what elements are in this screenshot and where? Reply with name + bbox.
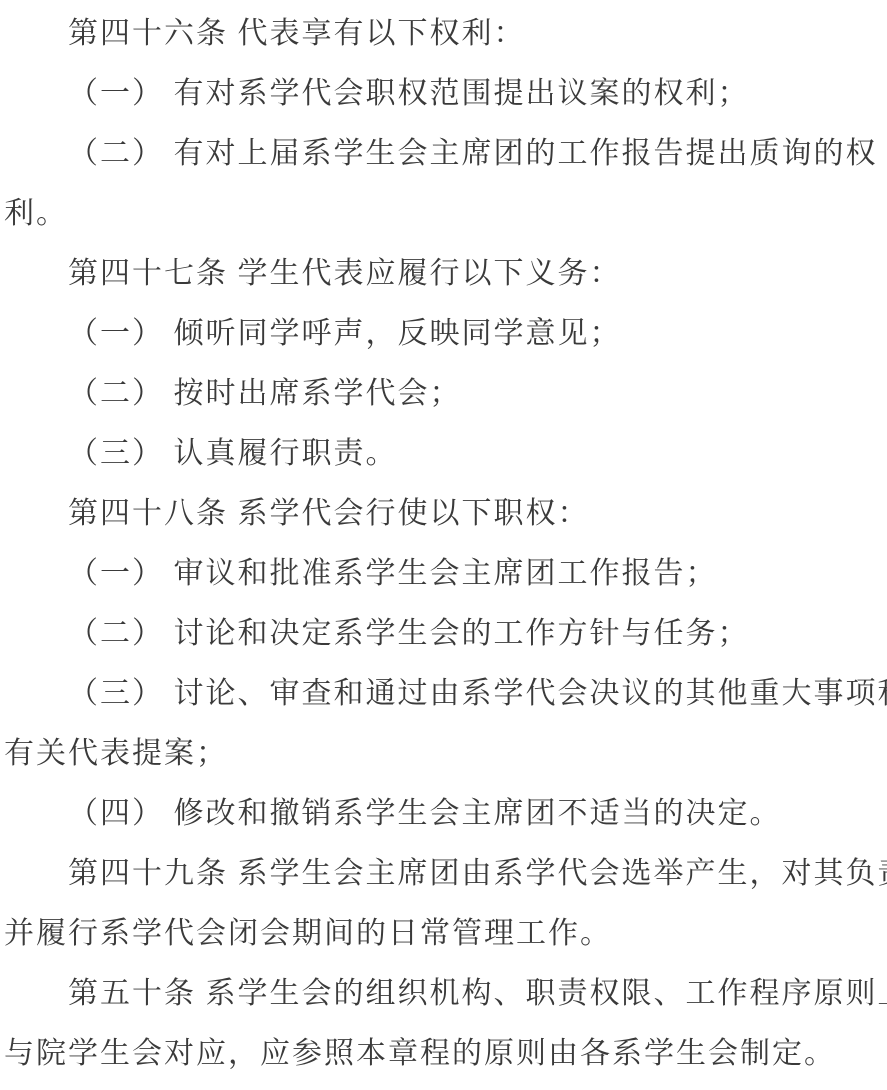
- text-line: （二） 讨论和决定系学生会的工作方针与任务；: [4, 604, 869, 664]
- text-line: （一） 倾听同学呼声，反映同学意见；: [4, 304, 869, 364]
- text-line: （二） 按时出席系学代会；: [4, 364, 869, 424]
- text-line: 第四十七条 学生代表应履行以下义务：: [4, 244, 869, 304]
- text-line: 利。: [4, 184, 869, 244]
- document-body: 第四十六条 代表享有以下权利：（一） 有对系学代会职权范围提出议案的权利；（二）…: [4, 4, 869, 1084]
- text-line: （三） 认真履行职责。: [4, 424, 869, 484]
- text-line: （三） 讨论、审查和通过由系学代会决议的其他重大事项和: [4, 664, 869, 724]
- text-line: 与院学生会对应，应参照本章程的原则由各系学生会制定。: [4, 1024, 869, 1084]
- document-page: 第四十六条 代表享有以下权利：（一） 有对系学代会职权范围提出议案的权利；（二）…: [0, 0, 887, 1090]
- text-line: 第四十六条 代表享有以下权利：: [4, 4, 869, 64]
- text-line: 第四十八条 系学代会行使以下职权：: [4, 484, 869, 544]
- text-line: （四） 修改和撤销系学生会主席团不适当的决定。: [4, 784, 869, 844]
- text-line: （一） 有对系学代会职权范围提出议案的权利；: [4, 64, 869, 124]
- text-line: 第四十九条 系学生会主席团由系学代会选举产生，对其负责: [4, 844, 869, 904]
- text-line: （二） 有对上届系学生会主席团的工作报告提出质询的权: [4, 124, 869, 184]
- text-line: 第五十条 系学生会的组织机构、职责权限、工作程序原则上: [4, 964, 869, 1024]
- text-line: 有关代表提案；: [4, 724, 869, 784]
- text-line: 并履行系学代会闭会期间的日常管理工作。: [4, 904, 869, 964]
- text-line: （一） 审议和批准系学生会主席团工作报告；: [4, 544, 869, 604]
